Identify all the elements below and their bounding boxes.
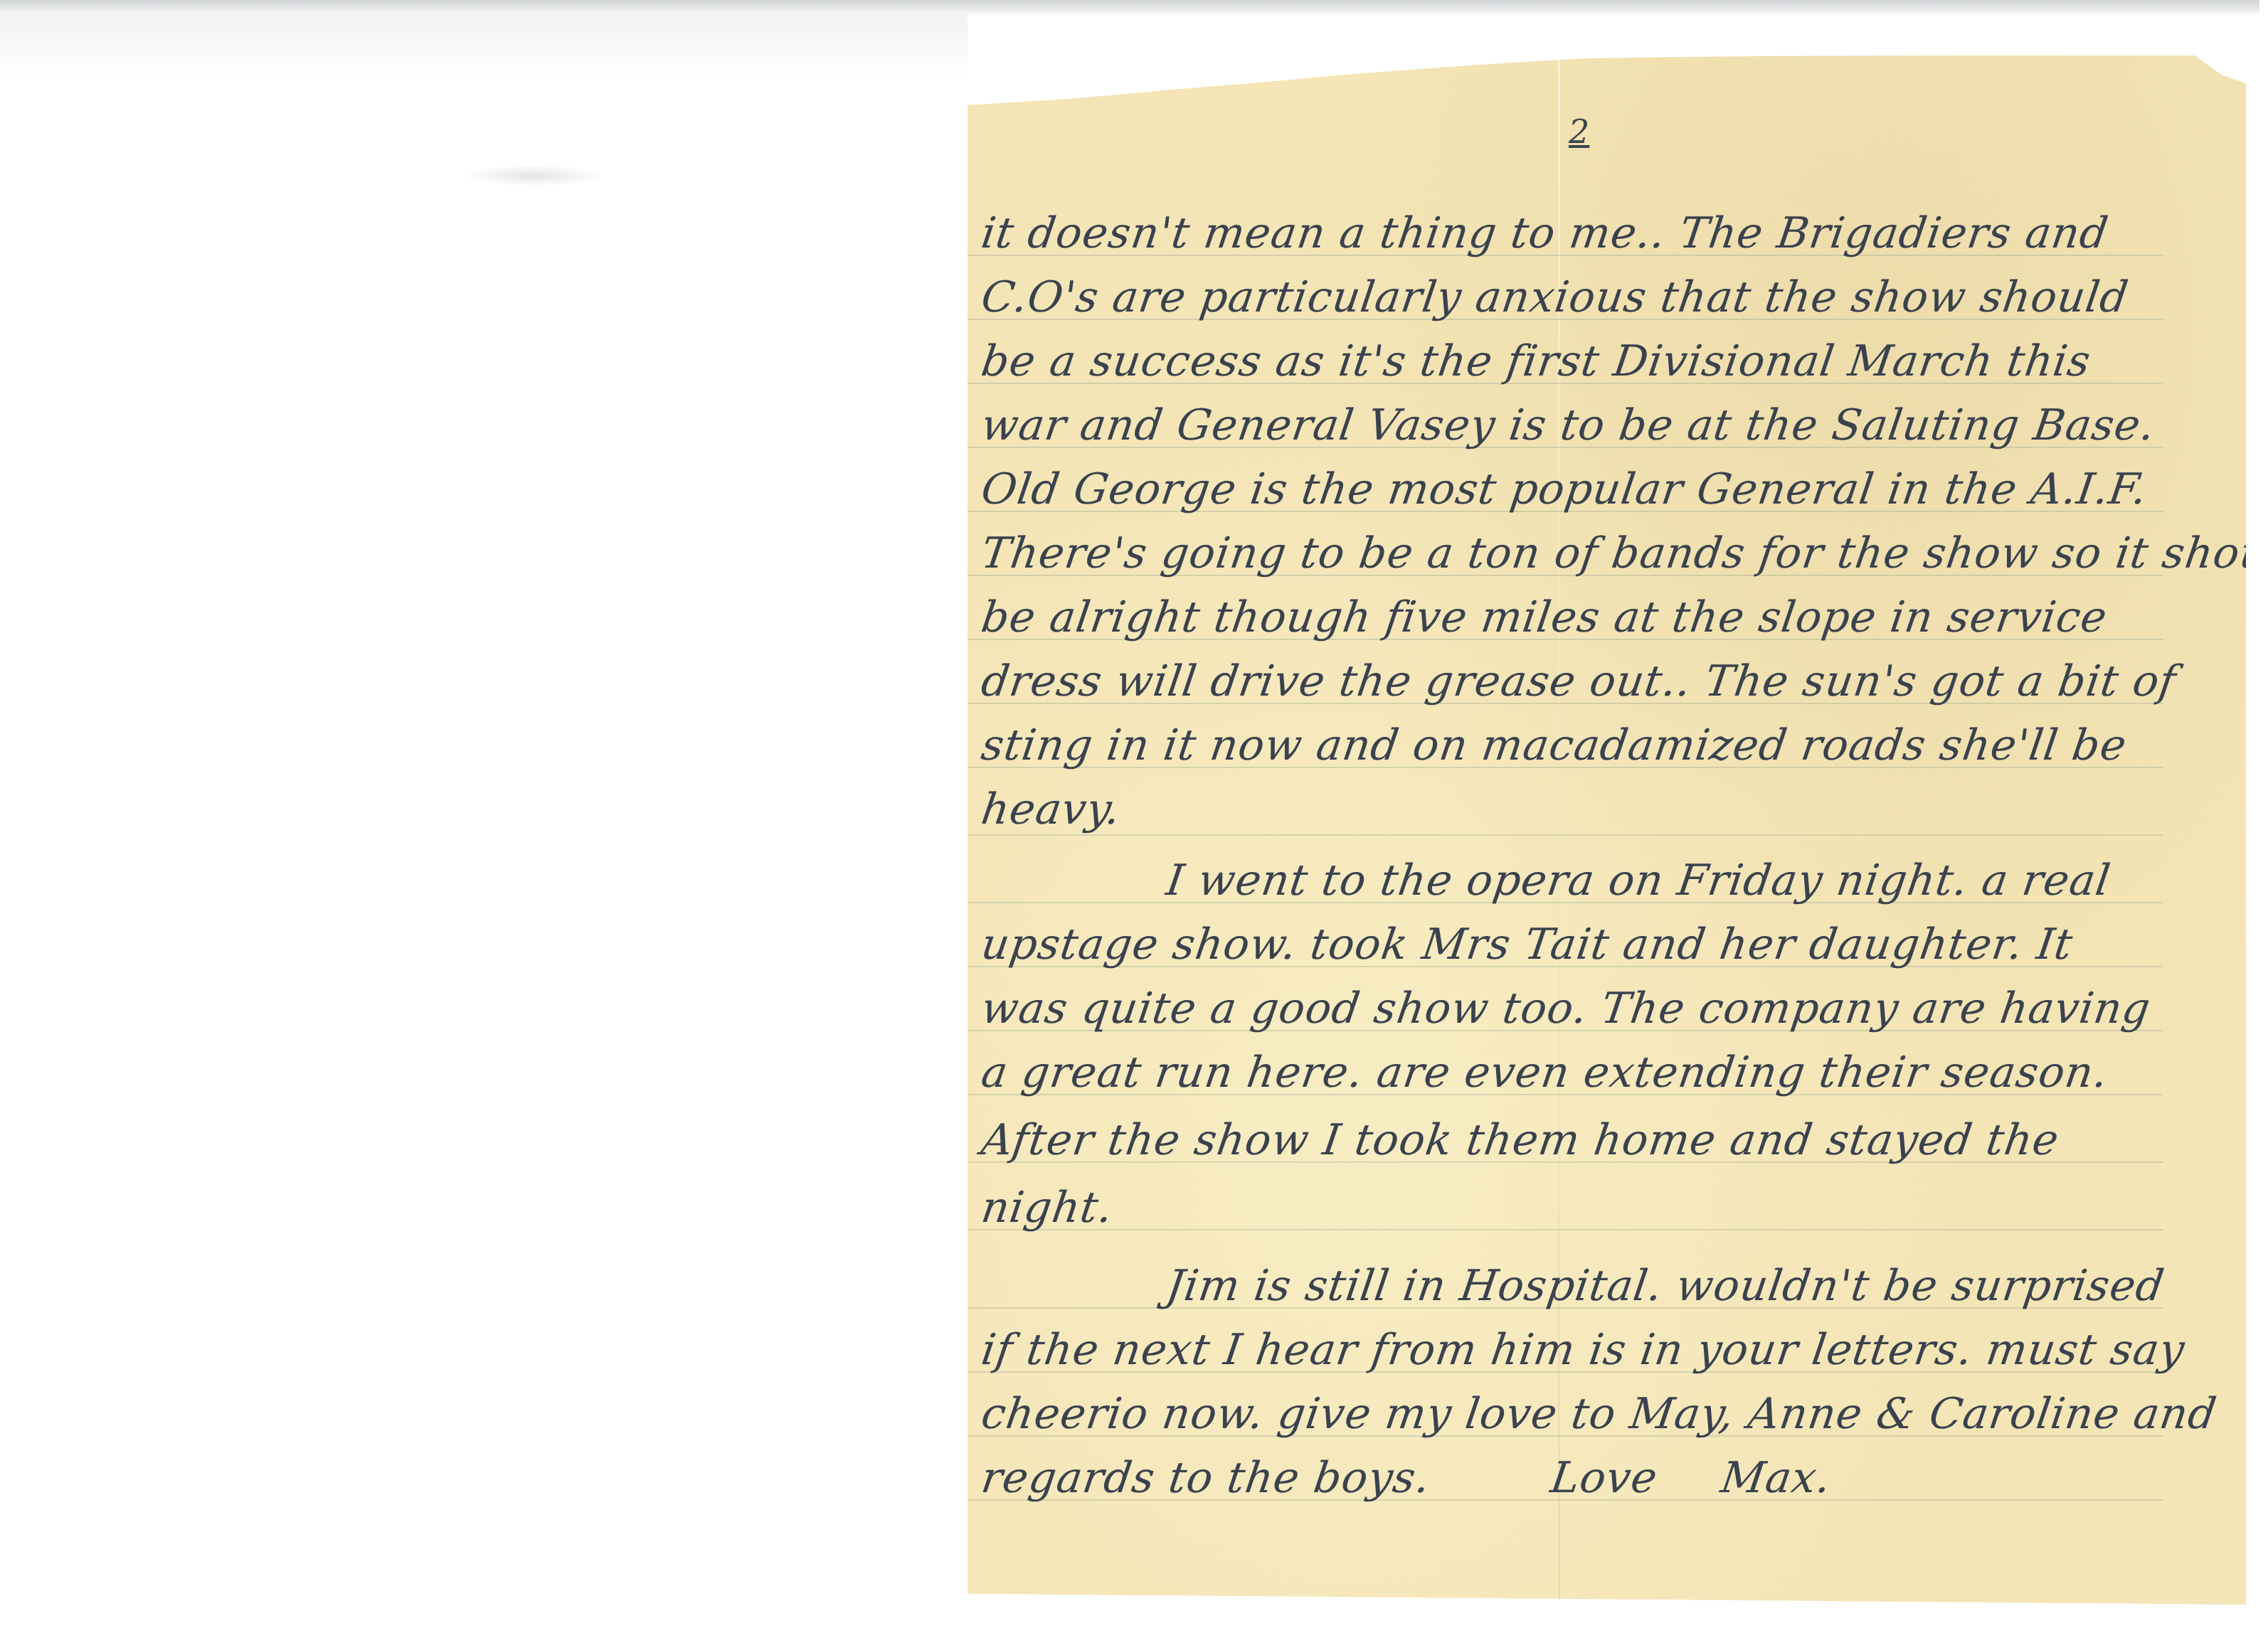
- letter-line: be alright though five miles at the slop…: [979, 596, 2110, 639]
- letter-line: There's going to be a ton of bands for t…: [979, 532, 2268, 575]
- letter-line: Jim is still in Hospital. wouldn't be su…: [1164, 1265, 2167, 1307]
- letter-line: heavy.: [979, 788, 1123, 831]
- scan-smudge: [462, 165, 605, 186]
- letter-line: if the next I hear from him is in your l…: [979, 1329, 2188, 1371]
- letter-line: dress will drive the grease out.. The su…: [979, 660, 2179, 703]
- letter-line: was quite a good show too. The company a…: [979, 987, 2153, 1030]
- letter-line: a great run here. are even extending the…: [979, 1051, 2111, 1094]
- scanner-shadow: [0, 14, 968, 78]
- letter-line: war and General Vasey is to be at the Sa…: [979, 404, 2158, 447]
- letter-line: night.: [979, 1186, 1116, 1229]
- letter-line: upstage show. took Mrs Tait and her daug…: [979, 923, 2076, 966]
- letter-line-text: regards to the boys.: [978, 1453, 1434, 1503]
- letter-line: sting in it now and on macadamized roads…: [979, 724, 2129, 767]
- letter-page: 2 it doesn't mean a thing to me.. The Br…: [968, 55, 2246, 1605]
- signature: Max.: [1718, 1453, 1835, 1503]
- ruled-line: [968, 834, 2163, 836]
- letter-line: cheerio now. give my love to May, Anne &…: [979, 1393, 2220, 1435]
- letter-line: I went to the opera on Friday night. a r…: [1164, 859, 2114, 902]
- letter-line: Old George is the most popular General i…: [979, 468, 2150, 511]
- closing: Love: [1547, 1453, 1660, 1503]
- letter-line: C.O's are particularly anxious that the …: [979, 276, 2131, 319]
- letter-line: be a success as it's the first Divisiona…: [979, 340, 2094, 383]
- scanner-bed-edge: [0, 0, 2259, 16]
- page-number: 2: [1569, 112, 1589, 151]
- letter-line: regards to the boys.LoveMax.: [979, 1457, 1834, 1499]
- letter-line: it doesn't mean a thing to me.. The Brig…: [979, 212, 2111, 255]
- letter-line: After the show I took them home and stay…: [979, 1119, 2062, 1161]
- ruled-line: [968, 1229, 2163, 1230]
